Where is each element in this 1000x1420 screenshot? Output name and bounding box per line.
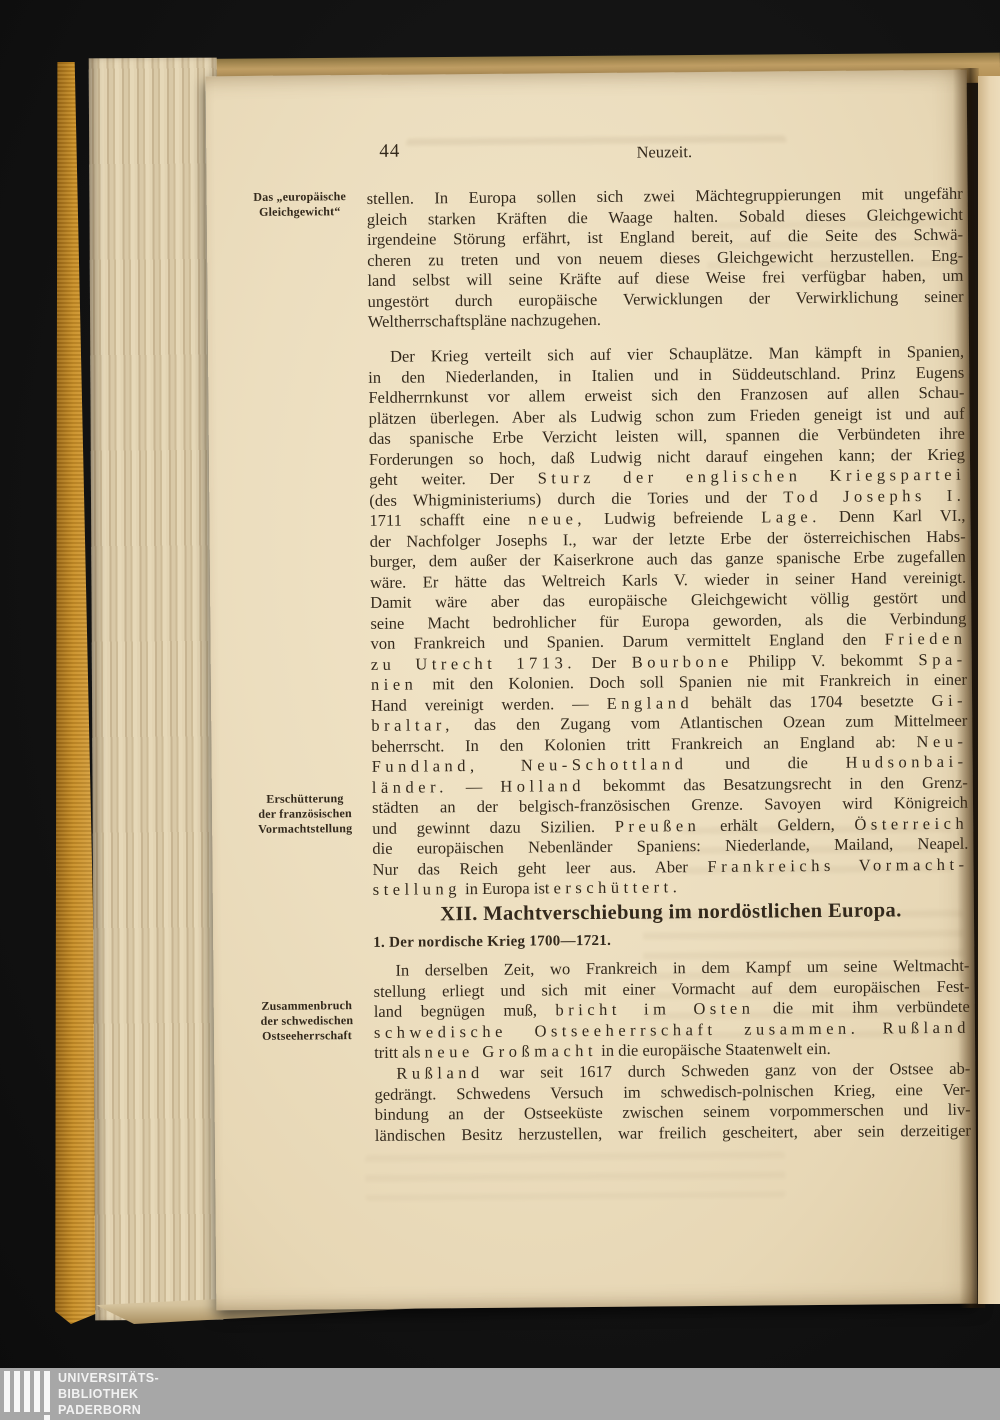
watermark-line: PADERBORN: [58, 1402, 159, 1418]
book-page: 44 Neuzeit. Das „europäischeGleichgewich…: [206, 70, 978, 1311]
running-head: Neuzeit.: [366, 140, 962, 165]
library-logo: [4, 1371, 58, 1420]
body-paragraph-balance-of-power: stellen. In Europa sollen sich zwei Mäch…: [367, 184, 964, 333]
margin-note-european-balance: Das „europäischeGleichgewicht“: [233, 189, 367, 220]
margin-note-french-supremacy-shaken: Erschütterungder französischenVormachtst…: [238, 791, 372, 837]
section-subheading: 1. Der nordische Krieg 1700—1721.: [373, 933, 611, 952]
body-paragraph-russia-baltic: Rußland war seit 1617 durch Schweden gan…: [374, 1059, 971, 1146]
library-watermark-band: UNIVERSITÄTS- BIBLIOTHEK PADERBORN: [0, 1368, 1000, 1420]
library-logo-dot: [44, 1415, 50, 1420]
margin-note-swedish-baltic-collapse: Zusammenbruchder schwedischenOstseeherrs…: [240, 998, 374, 1044]
watermark-line: BIBLIOTHEK: [58, 1386, 159, 1402]
body-paragraph-northern-shift: In derselben Zeit, wo Frankreich in dem …: [373, 956, 970, 1064]
page-stack-fore-edge: [89, 58, 224, 1321]
facing-page-edge: [978, 76, 1000, 1304]
watermark-text: UNIVERSITÄTS- BIBLIOTHEK PADERBORN: [58, 1370, 159, 1418]
body-paragraph-war-and-utrecht: Der Krieg verteilt sich auf vier Schaupl…: [368, 342, 969, 901]
scanned-book-photo: 44 Neuzeit. Das „europäischeGleichgewich…: [0, 0, 1000, 1420]
watermark-line: UNIVERSITÄTS-: [58, 1370, 159, 1386]
